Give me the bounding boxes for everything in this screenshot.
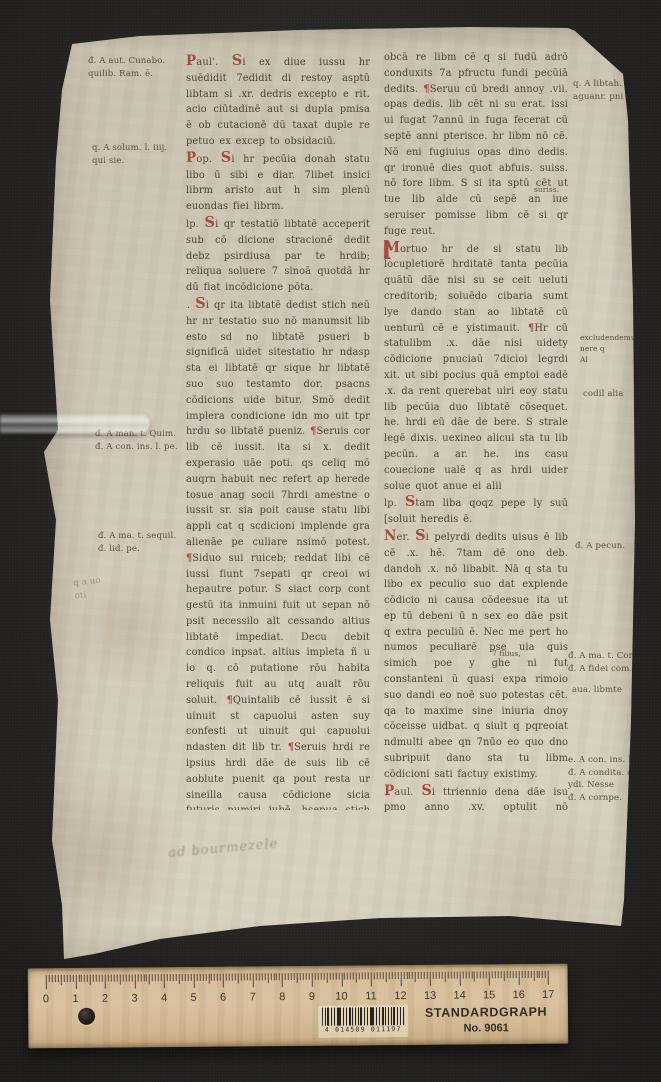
ruler-model: No. 9061 [416,1022,556,1035]
mm-tick [182,974,183,981]
mm-tick [533,971,534,981]
mm-tick [498,971,499,978]
mm-tick [397,972,398,979]
jurist-label: er. [396,532,415,543]
jurist-label: d. [186,300,195,311]
margin-note-line: đ. lid. pe. [98,543,176,556]
mm-tick [226,974,227,981]
rubric-initial: P [186,150,196,166]
text-column-left: Paul'. Si ex diue iussu hr suēdidit 7edi… [186,54,370,810]
mm-tick [125,974,126,981]
ruler-cm-label: 16 [510,989,528,1001]
mm-tick [208,974,209,984]
margin-note: đ. A ma. t. sequil.đ. lid. pe. [98,530,176,555]
paragraph-mark: ¶ [186,553,192,564]
mm-tick [49,975,50,982]
cm-tick [134,974,135,988]
mm-tick [229,974,230,981]
cm-tick [164,974,165,988]
mm-tick [465,972,466,979]
mm-tick [403,972,404,979]
mm-tick [205,974,206,981]
mm-tick [152,974,153,981]
margin-note-line: e. A con. ins. l [568,754,635,767]
mm-tick [507,971,508,978]
mm-tick [188,974,189,981]
mm-tick [486,971,487,978]
margin-note: 7 filius, [492,648,521,659]
manuscript-paragraph: Paul. Si ttriennio dena dāe isu pmo anno… [384,784,568,812]
mm-tick [120,975,121,985]
ruler-brand: STANDARDGRAPH [416,1005,556,1020]
cm-tick [371,972,372,986]
mm-tick [539,971,540,978]
mm-tick [453,972,454,979]
margin-note-line: oti [74,587,103,602]
margin-note-line: Al [580,354,640,365]
rubric-initial: Ad [384,238,391,263]
mm-tick [111,975,112,982]
mm-tick [285,973,286,980]
mm-tick [406,972,407,979]
ruler-hole [78,1008,95,1025]
ruler-cm-label: 15 [480,989,498,1001]
cm-tick [253,973,254,987]
cm-tick [341,973,342,987]
mm-tick [347,973,348,980]
mm-tick [513,971,514,978]
mm-tick [143,974,144,981]
ruler: 01234567891011121314151617 4 014509 0111… [28,964,569,1049]
manuscript-paragraph: Id. Si qr ita libtatē dedist stich neū h… [186,297,370,810]
margin-note-line: excludendemus [580,332,640,343]
mm-tick [439,972,440,979]
mm-tick [93,975,94,982]
mm-tick [483,971,484,978]
mm-tick [241,973,242,980]
mm-tick [323,973,324,980]
cm-tick [519,971,520,985]
paragraph-mark: ¶ [528,323,534,334]
cm-tick [282,973,283,987]
mm-tick [315,973,316,980]
mm-tick [527,971,528,978]
mm-tick [530,971,531,978]
mm-tick [211,974,212,981]
mm-tick [388,972,389,979]
manuscript-paragraph: AdMortuo hr de si statu lib locupletiorē… [384,241,568,495]
mm-tick [359,972,360,979]
mm-tick [329,973,330,980]
margin-note-line: đ. A fidei com. [568,663,633,676]
mm-tick [294,973,295,980]
mm-tick [516,971,517,978]
mm-tick [117,975,118,982]
margin-note: đ. A aut. Cunabo.quilib. Ram. ē. [88,55,165,80]
mm-tick [66,975,67,982]
cm-tick [430,972,431,986]
mm-tick [374,972,375,979]
jurist-label: aul'. [196,57,231,68]
mm-tick [196,974,197,981]
mm-tick [190,974,191,981]
manuscript-paragraph: Ner. Si pelyrdi dedits uisus ē lib cē .x… [384,529,568,783]
mm-tick [235,974,236,981]
ruler-cm-label: 17 [539,989,557,1001]
mm-tick [276,973,277,980]
mm-tick [256,973,257,980]
mm-tick [309,973,310,980]
mm-tick [58,975,59,982]
mm-tick [96,975,97,982]
mm-tick [137,974,138,981]
mm-tick [353,973,354,980]
margin-note: suriss. [534,184,559,195]
margin-note: codil alia [583,388,623,401]
ruler-cm-label: 14 [451,990,469,1002]
mm-tick [409,972,410,979]
mm-tick [412,972,413,979]
mm-tick [63,975,64,982]
mm-tick [270,973,271,980]
mm-tick [202,974,203,981]
rubric-initial: S [421,782,432,799]
mm-tick [247,973,248,980]
manuscript-paragraph: Pop. Si hr pecūia donah statu libo ū sib… [186,151,370,215]
mm-tick [52,975,53,982]
mm-tick [99,975,100,982]
mm-tick [436,972,437,979]
mm-tick [306,973,307,980]
mm-tick [238,974,239,984]
mm-tick [462,972,463,979]
mm-tick [501,971,502,978]
ruler-cm-label: 1 [66,993,84,1005]
rubric-initial: P [186,54,196,69]
margin-note: đ. A ma. t. Corđ. A fidei com. [568,650,633,675]
mm-tick [321,973,322,980]
mm-tick [362,972,363,979]
mm-tick [492,971,493,978]
mm-tick [433,972,434,979]
mm-tick [338,973,339,980]
margin-note-line: qui sie. [92,155,167,168]
mm-tick [84,975,85,982]
mm-tick [303,973,304,980]
mm-tick [468,972,469,979]
mm-tick [199,974,200,981]
mm-tick [386,972,387,982]
clear-plastic-rod [0,414,150,434]
mm-tick [131,974,132,981]
mm-tick [391,972,392,979]
mm-tick [477,971,478,978]
margin-note-line: đ. A con. ins. l. pe. [95,441,178,454]
manuscript-paragraph: Paul'. Si ex diue iussu hr suēdidit 7edi… [186,54,370,150]
mm-tick [474,971,475,981]
mm-tick [542,971,543,978]
mm-tick [377,972,378,979]
margin-note-line: codil alia [583,388,623,401]
margin-note: e. A con. ins. lđ. A condita. o.ydi. Nes… [568,754,635,804]
ruler-cm-label: 12 [391,990,409,1002]
manuscript-paragraph: obcā re libm cē q si fudū adrō conduxits… [384,50,568,240]
mm-tick [128,974,129,981]
mm-tick [344,973,345,980]
margin-note-line: quilib. Ram. ē. [88,68,165,81]
mm-tick [279,973,280,980]
margin-note-line: đ. A ma. t. sequil. [98,530,176,543]
rubric-initial: S [195,295,206,312]
mm-tick [521,971,522,978]
mm-tick [267,973,268,983]
rubric-initial: S [205,214,216,231]
margin-note: ſ [636,372,641,385]
mm-tick [424,972,425,979]
mm-tick [261,973,262,980]
mm-tick [318,973,319,980]
mm-tick [421,972,422,979]
mm-tick [394,972,395,979]
ruler-cm-label: 7 [244,991,262,1003]
mm-tick [264,973,265,980]
margin-note: q. A solum. l. iiij.qui sie. [92,142,167,167]
paragraph-mark: ¶ [423,84,429,95]
mm-tick [380,972,381,979]
mm-tick [536,971,537,978]
mm-tick [258,973,259,980]
mm-tick [471,971,472,978]
mm-tick [300,973,301,980]
mm-tick [155,974,156,981]
mm-tick [356,972,357,982]
ruler-cm-label: 10 [332,991,350,1003]
cm-tick [75,975,76,989]
ruler-cm-label: 0 [37,993,55,1005]
jurist-label: lp. [384,498,405,509]
manuscript-paragraph: Ulp. Si qr testatiō libtatē acceperit su… [186,216,370,296]
mm-tick [451,972,452,979]
margin-note-line: đ. A ma. t. Cor [568,650,633,663]
margin-note-line: đ. A cornpe. [568,792,635,805]
mm-tick [140,974,141,981]
cm-tick [459,972,460,986]
mm-tick [442,972,443,979]
margin-note-line: q. A solum. l. iiij. [92,142,167,155]
ruler-scale: 01234567891011121314151617 [28,964,568,969]
mm-tick [108,975,109,982]
mm-tick [123,975,124,982]
cm-tick [548,971,549,985]
barcode: 4 014509 011197 [318,1005,408,1038]
mm-tick [250,973,251,980]
mm-tick [273,973,274,980]
margin-note: q. A libtah. anaguanr. pni [573,78,636,103]
cm-tick [46,975,47,989]
mm-tick [545,971,546,978]
mm-tick [217,974,218,981]
mm-tick [445,972,446,982]
ruler-cm-label: 5 [185,992,203,1004]
cm-tick [489,971,490,985]
mm-tick [326,973,327,983]
ruler-cm-label: 2 [96,993,114,1005]
faint-inscription: ad bourmezele [168,826,398,861]
cm-tick [223,974,224,988]
mm-tick [60,975,61,985]
rubric-initial: S [405,493,416,510]
mm-tick [427,972,428,979]
mm-tick [456,972,457,979]
mm-tick [146,974,147,981]
ruler-cm-label: 9 [303,991,321,1003]
jurist-label: lp. [186,219,205,230]
manuscript-paragraph: Ulp. Stam liba qoqz pepe ly suū [soluit … [384,495,568,528]
mm-tick [332,973,333,980]
margin-note-line: q. A libtah. an [573,78,636,91]
barcode-digits: 4 014509 011197 [318,1025,408,1034]
mm-tick [495,971,496,978]
margin-note-line: aguanr. pni [573,91,636,104]
margin-note-line: 7 filius, [492,648,521,659]
ruler-cm-label: 3 [126,992,144,1004]
margin-note: q a uooti [73,575,103,603]
mm-tick [335,973,336,980]
jurist-label: op. [196,154,221,165]
mm-tick [90,975,91,985]
mm-tick [291,973,292,980]
manuscript-page: Paul'. Si ex diue iussu hr suēdidit 7edi… [40,24,640,969]
mm-tick [185,974,186,981]
mm-tick [78,975,79,982]
ruler-cm-label: 4 [155,992,173,1004]
mm-tick [55,975,56,982]
mm-tick [288,973,289,980]
mm-tick [69,975,70,982]
mm-tick [214,974,215,981]
mm-tick [167,974,168,981]
mm-tick [114,975,115,982]
cm-tick [193,974,194,988]
margin-note-line: nere q [580,343,640,354]
mm-tick [220,974,221,981]
rubric-initial: S [232,54,243,69]
mm-tick [510,971,511,978]
mm-tick [368,972,369,979]
mm-tick [365,972,366,979]
mm-tick [448,972,449,979]
barcode-bars [322,1007,404,1026]
mm-tick [179,974,180,984]
margin-note-line: aua. libmte [572,684,622,697]
cm-tick [400,972,401,986]
margin-note-line: đ. A aut. Cunabo. [88,55,165,68]
jurist-label: aul. [394,787,421,798]
mm-tick [102,975,103,982]
paragraph-mark: ¶ [310,426,316,437]
paragraph-mark: ¶ [227,695,233,706]
margin-note-line: đ. A condita. o. [568,767,635,780]
cm-tick [312,973,313,987]
mm-tick [161,974,162,981]
mm-tick [350,973,351,980]
mm-tick [149,974,150,984]
mm-tick [418,972,419,979]
paragraph-mark: ¶ [288,742,294,753]
margin-note-line: đ. A pecun. [575,540,625,553]
margin-note-line: ydi. Nesse [568,779,635,792]
mm-tick [173,974,174,981]
cm-tick [105,975,106,989]
margin-note: aua. libmte [572,684,622,697]
rubric-initial: S [415,527,426,544]
mm-tick [297,973,298,983]
rubric-initial: N [384,528,396,544]
margin-note: đ. A pecun. [575,540,625,553]
margin-note-line: suriss. [534,184,559,195]
ruler-cm-label: 11 [362,990,380,1002]
ruler-cm-label: 13 [421,990,439,1002]
mm-tick [158,974,159,981]
rubric-initial: P [384,783,394,799]
margin-note: excludendemusnere qAl [580,332,640,365]
mm-tick [87,975,88,982]
mm-tick [81,975,82,982]
ruler-cm-label: 8 [273,991,291,1003]
mm-tick [244,973,245,980]
mm-tick [176,974,177,981]
mm-tick [232,974,233,981]
mm-tick [504,971,505,981]
rubric-initial: S [221,149,232,166]
mm-tick [72,975,73,982]
margin-note-line: ſ [636,372,641,385]
mm-tick [415,972,416,982]
mm-tick [383,972,384,979]
text-column-right: obcā re libm cē q si fudū adrō conduxits… [384,50,568,812]
photo-stage: Paul'. Si ex diue iussu hr suēdidit 7edi… [0,0,661,1082]
ruler-cm-label: 6 [214,992,232,1004]
mm-tick [480,971,481,978]
mm-tick [524,971,525,978]
mm-tick [170,974,171,981]
